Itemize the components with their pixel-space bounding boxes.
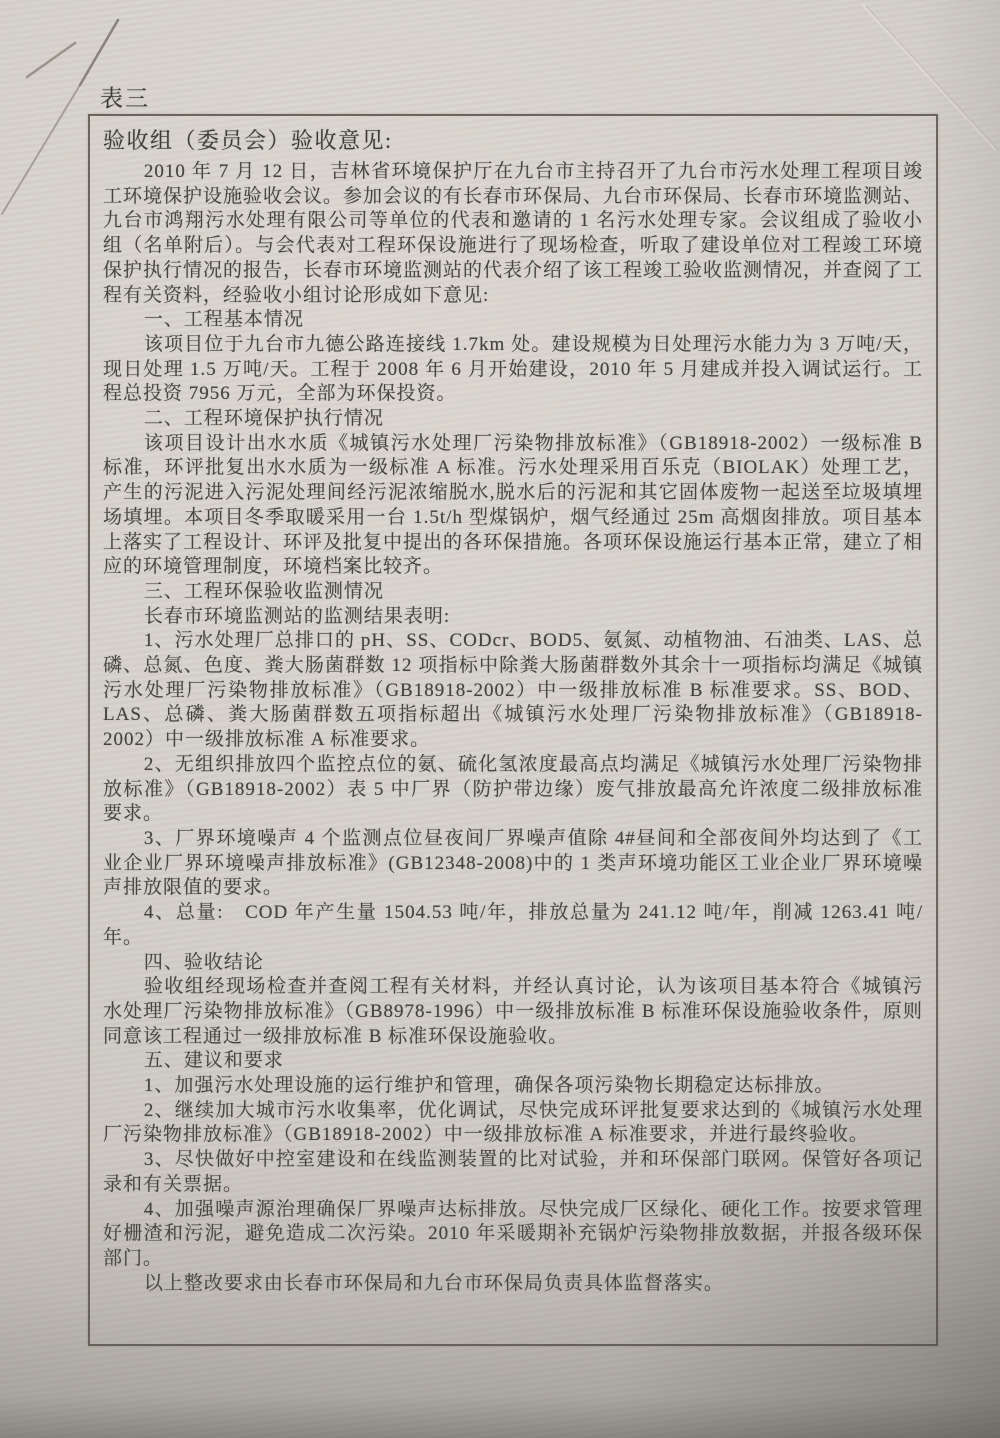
section4-heading: 四、验收结论 [103, 951, 923, 976]
monitoring-item-3: 3、厂界环境噪声 4 个监测点位昼夜间厂界噪声值除 4#昼间和全部夜间外均达到了… [103, 827, 923, 901]
intro-paragraph: 2010 年 7 月 12 日，吉林省环境保护厅在九台市主持召开了九台市污水处理… [103, 160, 923, 308]
section1-heading: 一、工程基本情况 [103, 308, 923, 333]
pencil-stroke-icon [27, 43, 75, 77]
section1-body: 该项目位于九台市九德公路连接线 1.7km 处。建设规模为日处理污水能力为 3 … [103, 333, 923, 407]
section2-heading: 二、工程环境保护执行情况 [103, 407, 923, 432]
monitoring-lead: 长春市环境监测站的监测结果表明: [103, 605, 923, 630]
monitoring-item-2: 2、无组织排放四个监控点位的氨、硫化氢浓度最高点均满足《城镇污水处理厂污染物排放… [103, 753, 923, 827]
section5-heading: 五、建议和要求 [103, 1049, 923, 1074]
pencil-stroke-icon [80, 20, 118, 85]
form-label: 表三 [100, 80, 150, 113]
monitoring-item-1: 1、污水处理厂总排口的 pH、SS、CODcr、BOD5、氨氮、动植物油、石油类… [103, 629, 923, 753]
document-title: 验收组（委员会）验收意见: [103, 125, 923, 157]
section2-body: 该项目设计出水水质《城镇污水处理厂污染物排放标准》（GB18918-2002）一… [103, 432, 923, 580]
suggestion-3: 3、尽快做好中控室建设和在线监测装置的比对试验，并和环保部门联网。保管好各项记录… [103, 1148, 923, 1197]
opinion-table: 验收组（委员会）验收意见: 2010 年 7 月 12 日，吉林省环境保护厅在九… [88, 114, 938, 1346]
pencil-stroke-icon [2, 85, 80, 214]
closing-paragraph: 以上整改要求由长春市环保局和九台市环保局负责具体监督落实。 [103, 1272, 923, 1297]
scanned-paper: 表三 验收组（委员会）验收意见: 2010 年 7 月 12 日，吉林省环境保护… [0, 0, 1000, 1438]
suggestion-4: 4、加强噪声源治理确保厂界噪声达标排放。尽快完成厂区绿化、硬化工作。按要求管理好… [103, 1198, 923, 1272]
monitoring-item-4: 4、总量: COD 年产生量 1504.53 吨/年，排放总量为 241.12 … [103, 901, 923, 950]
suggestion-2: 2、继续加大城市污水收集率，优化调试，尽快完成环评批复要求达到的《城镇污水处理厂… [103, 1099, 923, 1148]
suggestion-1: 1、加强污水处理设施的运行维护和管理，确保各项污染物长期稳定达标排放。 [103, 1074, 923, 1099]
section4-body: 验收组经现场检查并查阅工程有关材料，并经认真讨论，认为该项目基本符合《城镇污水处… [103, 975, 923, 1049]
section3-heading: 三、工程环保验收监测情况 [103, 580, 923, 605]
